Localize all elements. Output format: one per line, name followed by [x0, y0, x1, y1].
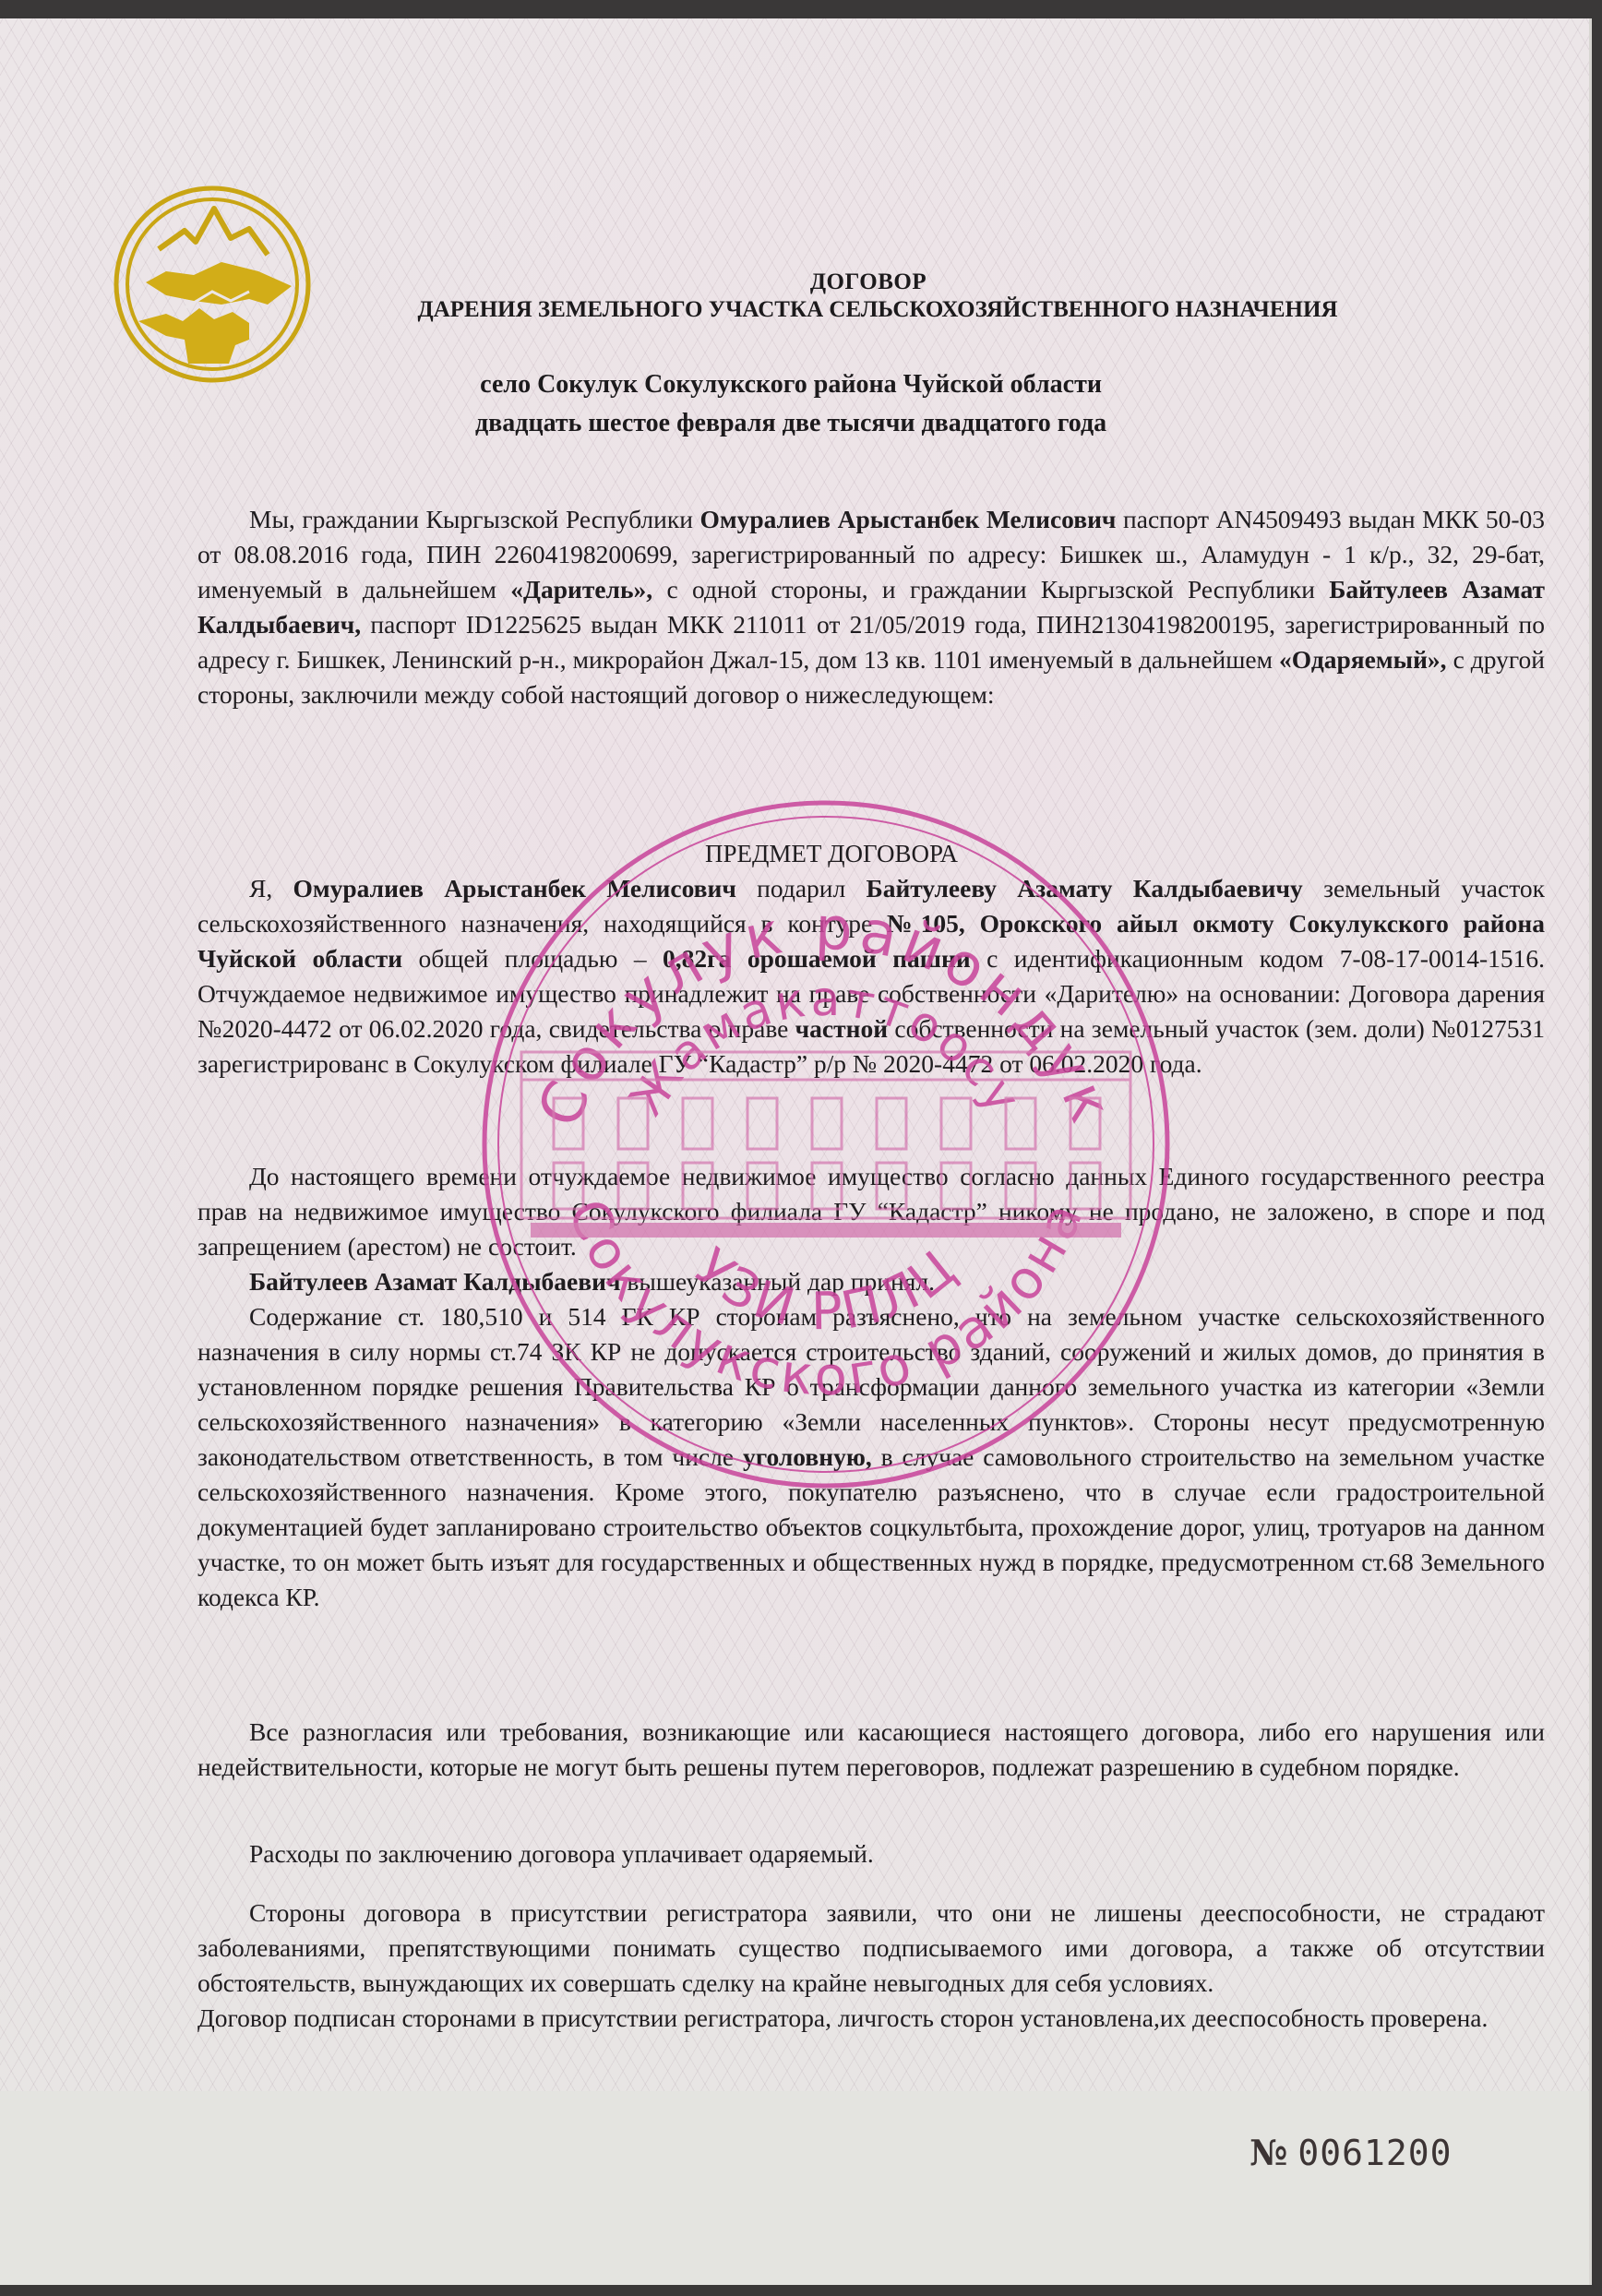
donee-name: Байтулеев Азамат Калдыбаевич: [249, 1267, 620, 1296]
text: подарил: [736, 874, 867, 903]
serial-value: 0061200: [1297, 2133, 1452, 2173]
serial-number: №0061200: [1249, 2132, 1452, 2173]
capacity-paragraph: Стороны договора в присутствии регистрат…: [197, 1895, 1545, 2001]
number-sign: №: [1249, 2132, 1288, 2173]
text: Стороны договора в присутствии регистрат…: [197, 1895, 1545, 2001]
paper-bottom-margin: [0, 2091, 1589, 2285]
text: с одной стороны, и граждании Кыргызской …: [652, 575, 1329, 604]
text: общей площадью –: [402, 944, 663, 973]
text: Я,: [249, 874, 293, 903]
text: Договор подписан сторонами в присутствии…: [197, 2001, 1545, 2036]
document-title: ДОГОВОР ДАРЕНИЯ ЗЕМЕЛЬНОГО УЧАСТКА СЕЛЬС…: [0, 269, 1589, 323]
donor-name: Омуралиев Арыстанбек Мелисович: [700, 505, 1117, 533]
donor-role: «Даритель»,: [510, 575, 652, 604]
text: Все разногласия или требования, возникаю…: [197, 1715, 1545, 1785]
title-line-1: ДОГОВОР: [148, 269, 1589, 295]
parties-paragraph: Мы, граждании Кыргызской Республики Омур…: [197, 502, 1545, 712]
donor-name: Омуралиев Арыстанбек Мелисович: [293, 874, 736, 903]
text: Расходы по заключению договора уплачивае…: [197, 1836, 1545, 1871]
subject-paragraph: Я, Омуралиев Арыстанбек Мелисович подари…: [197, 871, 1545, 1082]
land-area: 0,82га орошаемой пашни: [663, 944, 971, 973]
place-and-date: село Сокулук Сокулукского района Чуйской…: [475, 365, 1106, 443]
title-line-2: ДАРЕНИЯ ЗЕМЕЛЬНОГО УЧАСТКА СЕЛЬСКОХОЗЯЙС…: [166, 297, 1589, 323]
liability-type: уголовную,: [743, 1442, 872, 1471]
acceptance-paragraph: Байтулеев Азамат Калдыбаевич вышеуказанн…: [197, 1264, 1545, 1299]
legal-notice-paragraph: Содержание ст. 180,510 и 514 ГК КР сторо…: [197, 1299, 1545, 1615]
section-title: ПРЕДМЕТ ДОГОВОРА: [74, 840, 1589, 868]
expenses-paragraph: Расходы по заключению договора уплачивае…: [197, 1836, 1545, 1871]
place-line: село Сокулук Сокулукского района Чуйской…: [475, 365, 1106, 404]
text: До настоящего времени отчуждаемое недвиж…: [197, 1159, 1545, 1264]
signature-paragraph: Договор подписан сторонами в присутствии…: [197, 2001, 1545, 2036]
encumbrance-paragraph: До настоящего времени отчуждаемое недвиж…: [197, 1159, 1545, 1264]
ownership-type: частной: [795, 1014, 888, 1043]
date-line: двадцать шестое февраля две тысячи двадц…: [475, 404, 1106, 443]
document-page: ДОГОВОР ДАРЕНИЯ ЗЕМЕЛЬНОГО УЧАСТКА СЕЛЬС…: [0, 18, 1592, 2285]
text: Мы, граждании Кыргызской Республики: [249, 505, 700, 533]
disputes-paragraph: Все разногласия или требования, возникаю…: [197, 1715, 1545, 1785]
donee-name: Байтулееву Азамату Калдыбаевичу: [867, 874, 1303, 903]
donee-role: «Одаряемый»,: [1279, 645, 1447, 674]
text: вышеуказанный дар принял.: [620, 1267, 934, 1296]
